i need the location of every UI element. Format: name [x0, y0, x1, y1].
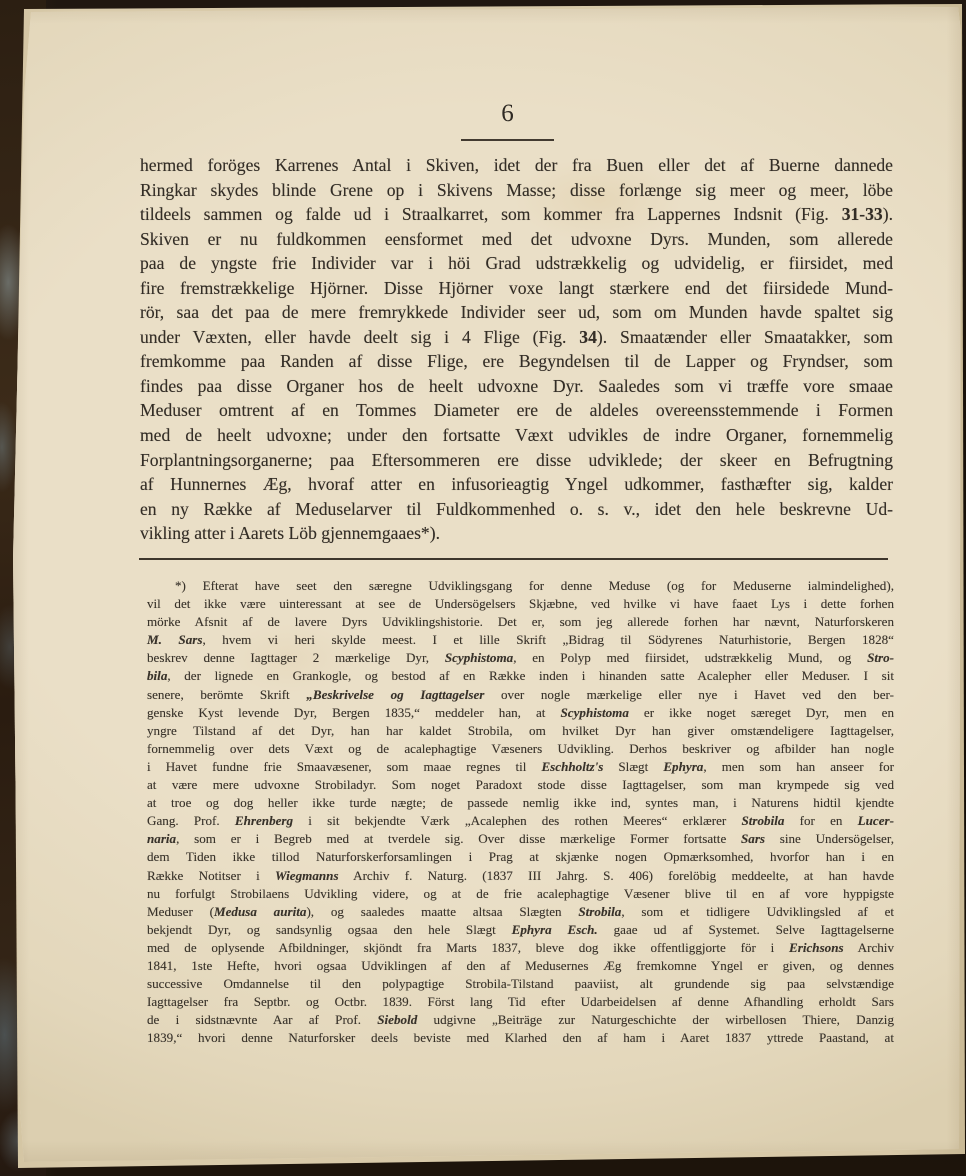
text-segment: *) Efterat have seet den særegne Udvikli…: [175, 578, 894, 593]
text-segment-italic: Wiegmanns: [275, 868, 339, 883]
text-segment: at troe og dog heller ikke turde nægte; …: [147, 795, 894, 810]
text-segment: fornemmelig over dets Væxt og de acaleph…: [147, 741, 894, 756]
text-segment: Forplantningsorganerne; paa Eftersommere…: [140, 450, 893, 470]
text-segment-italic: „Beskrivelse og Iagttagelser: [306, 687, 484, 702]
text-segment: Archiv f. Naturg. (1837 III Jahrg. S. 40…: [339, 868, 894, 883]
text-segment: en ny Række af Meduselarver til Fuldkomm…: [140, 499, 893, 519]
text-segment: paa de yngste frie Individer var i höi G…: [140, 253, 893, 273]
text-segment: Gang. Prof.: [147, 813, 235, 828]
text-segment: sine Undersögelser,: [765, 831, 894, 846]
text-line: Iagttagelser fra Septbr. og Octbr. 1839.…: [147, 993, 894, 1011]
text-segment-bold: 34: [579, 327, 597, 347]
text-segment: under Væxten, eller havde deelt sig i 4 …: [140, 327, 579, 347]
text-segment: Slægt: [603, 759, 663, 774]
text-segment: ).: [883, 204, 893, 224]
text-segment: , hvem vi heri skylde meest. I et lille …: [202, 632, 894, 647]
text-line: fire fremstrækkelige Hjörner. Disse Hjör…: [140, 276, 893, 301]
text-segment: for en: [784, 813, 857, 828]
text-segment: udgivne „Beiträge zur Naturgeschichte de…: [417, 1012, 894, 1027]
text-segment: Ringkar skydes blinde Grene op i Skivens…: [140, 180, 893, 200]
text-line: fornemmelig over dets Væxt og de acaleph…: [147, 740, 894, 758]
text-segment-italic: Lucer-: [858, 813, 894, 828]
text-segment-italic: Siebold: [377, 1012, 417, 1027]
text-segment: yngre Tilstand af det Dyr, han har kalde…: [147, 723, 894, 738]
text-segment: fremkomme paa Randen af disse Flige, ere…: [140, 351, 893, 371]
text-segment: er ikke noget særeget Dyr, men en: [629, 705, 894, 720]
text-line: af Hunnernes Æg, hvoraf atter en infusor…: [140, 472, 893, 497]
text-segment: de i sidstnævnte Aar af Prof.: [147, 1012, 377, 1027]
text-line: Gang. Prof. Ehrenberg i sit bekjendte Væ…: [147, 812, 894, 830]
text-line: paa de yngste frie Individer var i höi G…: [140, 251, 893, 276]
page-number-rule: [461, 139, 554, 141]
text-line: Række Notitser i Wiegmanns Archiv f. Nat…: [147, 867, 894, 885]
text-segment: rör, saa det paa de mere fremrykkede Ind…: [140, 302, 893, 322]
text-segment-italic: Strobila: [578, 904, 621, 919]
footnote-separator-rule: [139, 558, 888, 560]
text-line: M. Sars, hvem vi heri skylde meest. I et…: [147, 631, 894, 649]
text-segment: i sit bekjendte Værk „Acalephen des roth…: [293, 813, 741, 828]
text-segment: , som et tidligere Udviklingsled af et: [621, 904, 894, 919]
text-segment: genske Kyst levende Dyr, Bergen 1835,“ m…: [147, 705, 561, 720]
text-segment-italic: Ehrenberg: [235, 813, 293, 828]
text-segment: Meduser (: [147, 904, 214, 919]
text-segment: Række Notitser i: [147, 868, 275, 883]
text-segment: , en Polyp med fiirsidet, udstrækkelig M…: [513, 650, 867, 665]
text-line: yngre Tilstand af det Dyr, han har kalde…: [147, 722, 894, 740]
book-page: 6 hermed foröges Karrenes Antal i Skiven…: [0, 0, 966, 1176]
text-line: Meduser omtrent af en Tommes Diameter er…: [140, 398, 893, 423]
text-segment: successive Omdannelse til den polypagtig…: [147, 976, 894, 991]
text-segment-italic: Ephyra Esch.: [512, 922, 598, 937]
text-line: under Væxten, eller havde deelt sig i 4 …: [140, 325, 893, 350]
text-line: en ny Række af Meduselarver til Fuldkomm…: [140, 497, 893, 522]
text-segment-italic: Scyphistoma: [445, 650, 513, 665]
scanned-book-page-scene: 6 hermed foröges Karrenes Antal i Skiven…: [0, 0, 966, 1176]
text-segment: nu forfulgt Strobilaens Udvikling videre…: [147, 886, 894, 901]
text-segment: Iagttagelser fra Septbr. og Octbr. 1839.…: [147, 994, 894, 1009]
text-segment: vikling atter i Aarets Löb gjennemgaaes*…: [140, 523, 440, 543]
text-segment-italic: Ephyra: [663, 759, 703, 774]
text-line: nu forfulgt Strobilaens Udvikling videre…: [147, 885, 894, 903]
text-segment-italic: naria: [147, 831, 176, 846]
text-line: *) Efterat have seet den særegne Udvikli…: [147, 577, 894, 595]
text-line: rör, saa det paa de mere fremrykkede Ind…: [140, 300, 893, 325]
text-line: genske Kyst levende Dyr, Bergen 1835,“ m…: [147, 704, 894, 722]
text-segment: ). Smaatænder eller Smaatakker, som: [597, 327, 893, 347]
text-segment: Archiv: [844, 940, 894, 955]
text-line: senere, berömte Skrift „Beskrivelse og I…: [147, 686, 894, 704]
text-line: at være mere udvoxne Strobiladyr. Som no…: [147, 776, 894, 794]
text-segment: 1839,“ hvori denne Naturforsker deels be…: [147, 1030, 894, 1045]
text-segment-italic: Medusa aurita: [214, 904, 306, 919]
text-segment: i Havet fundne frie Smaavæsener, som maa…: [147, 759, 541, 774]
text-line: Ringkar skydes blinde Grene op i Skivens…: [140, 178, 893, 203]
text-segment: fire fremstrækkelige Hjörner. Disse Hjör…: [140, 278, 893, 298]
text-segment-italic: Stro-: [867, 650, 894, 665]
text-line: Skiven er nu fuldkommen eensformet med d…: [140, 227, 893, 252]
text-segment-italic: Eschholtz's: [541, 759, 603, 774]
text-segment: Meduser omtrent af en Tommes Diameter er…: [140, 400, 893, 420]
text-line: hermed foröges Karrenes Antal i Skiven, …: [140, 153, 893, 178]
text-segment: , som er i Begreb med at tverdele sig. O…: [176, 831, 741, 846]
page-number: 6: [501, 100, 515, 127]
text-line: findes paa disse Organer hos de heelt ud…: [140, 374, 893, 399]
text-segment: over nogle mærkelige eller nye i Havet v…: [484, 687, 894, 702]
text-line: med de oplysende Afbildninger, skjöndt f…: [147, 939, 894, 957]
text-line: de i sidstnævnte Aar af Prof. Siebold ud…: [147, 1011, 894, 1029]
text-line: mörke Afsnit af de lavere Dyrs Udvikling…: [147, 613, 894, 631]
text-segment: at være mere udvoxne Strobiladyr. Som no…: [147, 777, 894, 792]
footnote-text: *) Efterat have seet den særegne Udvikli…: [147, 577, 894, 1047]
text-segment-italic: Erichsons: [789, 940, 844, 955]
text-line: 1841, 1ste Hefte, hvori ogsaa Udviklinge…: [147, 957, 894, 975]
text-segment: senere, berömte Skrift: [147, 687, 306, 702]
text-segment: vil det ikke være uinteressant at see de…: [147, 596, 894, 611]
text-segment: , der lignede en Grankogle, og bestod af…: [167, 668, 894, 683]
text-line: i Havet fundne frie Smaavæsener, som maa…: [147, 758, 894, 776]
text-segment-bold: 31-33: [842, 204, 883, 224]
text-line: successive Omdannelse til den polypagtig…: [147, 975, 894, 993]
text-segment: tildeels sammen og falde ud i Straalkarr…: [140, 204, 842, 224]
text-segment: beskrev denne Iagttager 2 mærkelige Dyr,: [147, 650, 445, 665]
text-line: vil det ikke være uinteressant at see de…: [147, 595, 894, 613]
text-segment: ), og saaledes maatte altsaa Slægten: [306, 904, 578, 919]
text-line: tildeels sammen og falde ud i Straalkarr…: [140, 202, 893, 227]
text-line: bekjendt Dyr, og sandsynlig ogsaa den he…: [147, 921, 894, 939]
text-line: Forplantningsorganerne; paa Eftersommere…: [140, 448, 893, 473]
text-segment: 1841, 1ste Hefte, hvori ogsaa Udviklinge…: [147, 958, 894, 973]
text-segment: af Hunnernes Æg, hvoraf atter en infusor…: [140, 474, 893, 494]
text-segment: med de oplysende Afbildninger, skjöndt f…: [147, 940, 789, 955]
text-segment: hermed foröges Karrenes Antal i Skiven, …: [140, 155, 893, 175]
text-segment: findes paa disse Organer hos de heelt ud…: [140, 376, 893, 396]
text-line: Meduser (Medusa aurita), og saaledes maa…: [147, 903, 894, 921]
text-line: vikling atter i Aarets Löb gjennemgaaes*…: [140, 521, 893, 546]
text-segment: , men som han anseer for: [703, 759, 894, 774]
text-line: med de heelt udvoxne; under den fortsatt…: [140, 423, 893, 448]
text-segment: Skiven er nu fuldkommen eensformet med d…: [140, 229, 893, 249]
text-line: bila, der lignede en Grankogle, og besto…: [147, 667, 894, 685]
text-line: naria, som er i Begreb med at tverdele s…: [147, 830, 894, 848]
text-line: 1839,“ hvori denne Naturforsker deels be…: [147, 1029, 894, 1047]
main-body-text: hermed foröges Karrenes Antal i Skiven, …: [140, 153, 893, 546]
text-line: beskrev denne Iagttager 2 mærkelige Dyr,…: [147, 649, 894, 667]
text-line: fremkomme paa Randen af disse Flige, ere…: [140, 349, 893, 374]
text-segment: mörke Afsnit af de lavere Dyrs Udvikling…: [147, 614, 894, 629]
text-segment-italic: bila: [147, 668, 167, 683]
text-segment: gaae ud af Systemet. Selve Iagttagelsern…: [598, 922, 894, 937]
text-segment: bekjendt Dyr, og sandsynlig ogsaa den he…: [147, 922, 512, 937]
page-number-block: 6: [447, 100, 569, 128]
text-segment-italic: Strobila: [741, 813, 784, 828]
text-segment-italic: M. Sars: [147, 632, 202, 647]
text-line: dem Tiden ikke tillod Naturforskerforsam…: [147, 848, 894, 866]
text-segment: dem Tiden ikke tillod Naturforskerforsam…: [147, 849, 894, 864]
text-segment-italic: Scyphistoma: [561, 705, 629, 720]
text-line: at troe og dog heller ikke turde nægte; …: [147, 794, 894, 812]
text-segment: med de heelt udvoxne; under den fortsatt…: [140, 425, 893, 445]
text-segment-italic: Sars: [741, 831, 765, 846]
